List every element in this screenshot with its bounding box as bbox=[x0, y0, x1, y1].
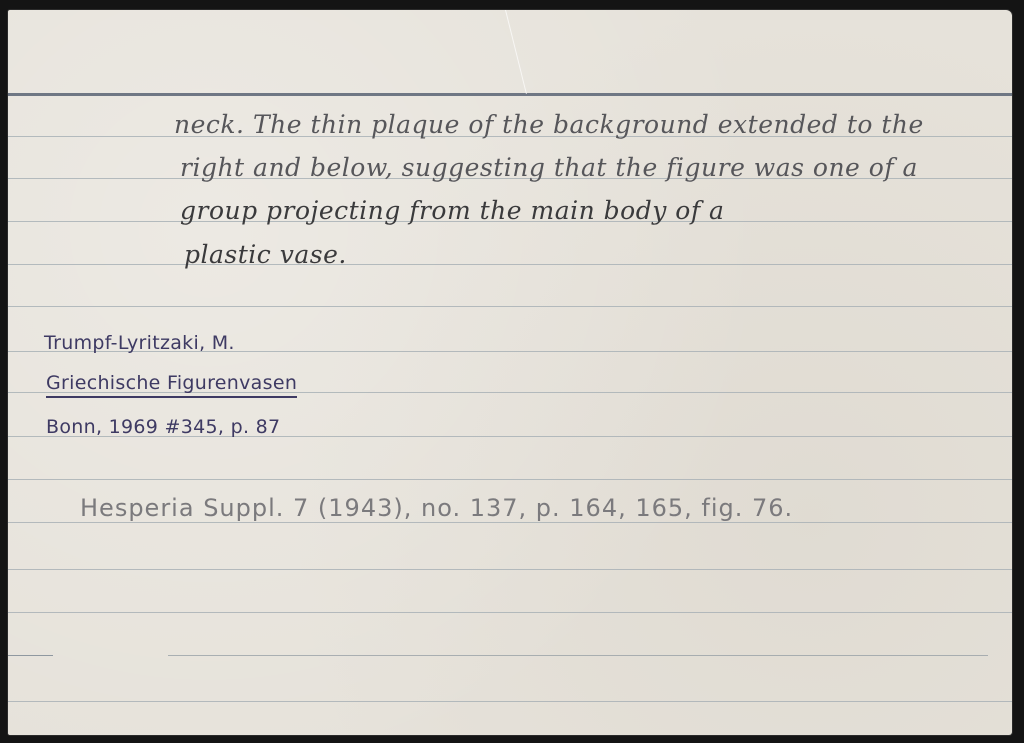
hesperia-reference: Hesperia Suppl. 7 (1943), no. 137, p. 16… bbox=[80, 494, 793, 522]
paper-crease bbox=[505, 10, 527, 94]
citation-title: Griechische Figurenvasen bbox=[46, 372, 297, 398]
index-card: neck. The thin plaque of the background … bbox=[8, 10, 1012, 735]
note-line-4: plastic vase. bbox=[184, 240, 347, 269]
partial-ruled-line bbox=[168, 655, 988, 656]
header-rule bbox=[8, 93, 1012, 96]
note-line-1: neck. The thin plaque of the background … bbox=[174, 110, 924, 139]
ruled-line bbox=[8, 306, 1012, 307]
ruled-line bbox=[8, 569, 1012, 570]
ruled-line bbox=[8, 479, 1012, 480]
note-line-2: right and below, suggesting that the fig… bbox=[180, 153, 918, 182]
ruled-line bbox=[8, 612, 1012, 613]
partial-ruled-line bbox=[8, 655, 53, 656]
ruled-line bbox=[8, 522, 1012, 523]
citation-publication: Bonn, 1969 #345, p. 87 bbox=[46, 416, 280, 438]
note-line-3: group projecting from the main body of a bbox=[180, 196, 724, 225]
ruled-line bbox=[8, 701, 1012, 702]
citation-author: Trumpf-Lyritzaki, M. bbox=[44, 332, 235, 354]
ruled-line bbox=[8, 264, 1012, 265]
